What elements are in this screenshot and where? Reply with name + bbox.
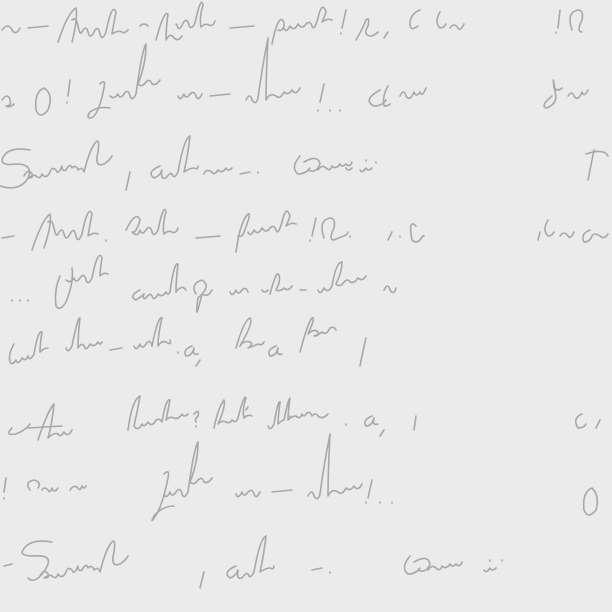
handwriting-line-6 bbox=[10, 318, 367, 366]
handwriting-pattern: a – Mumde beinder – pueede! l e O! Jembe… bbox=[0, 0, 612, 612]
handwriting-line-5 bbox=[12, 256, 396, 313]
handwriting-strokes bbox=[0, 0, 612, 612]
handwriting-line-9 bbox=[4, 536, 502, 588]
handwriting-line-7 bbox=[9, 396, 600, 440]
handwriting-line-1 bbox=[2, 2, 583, 44]
handwriting-line-4 bbox=[2, 209, 608, 252]
handwriting-line-8 bbox=[4, 434, 597, 521]
handwriting-line-3 bbox=[0, 136, 608, 190]
handwriting-line-2 bbox=[2, 38, 588, 118]
